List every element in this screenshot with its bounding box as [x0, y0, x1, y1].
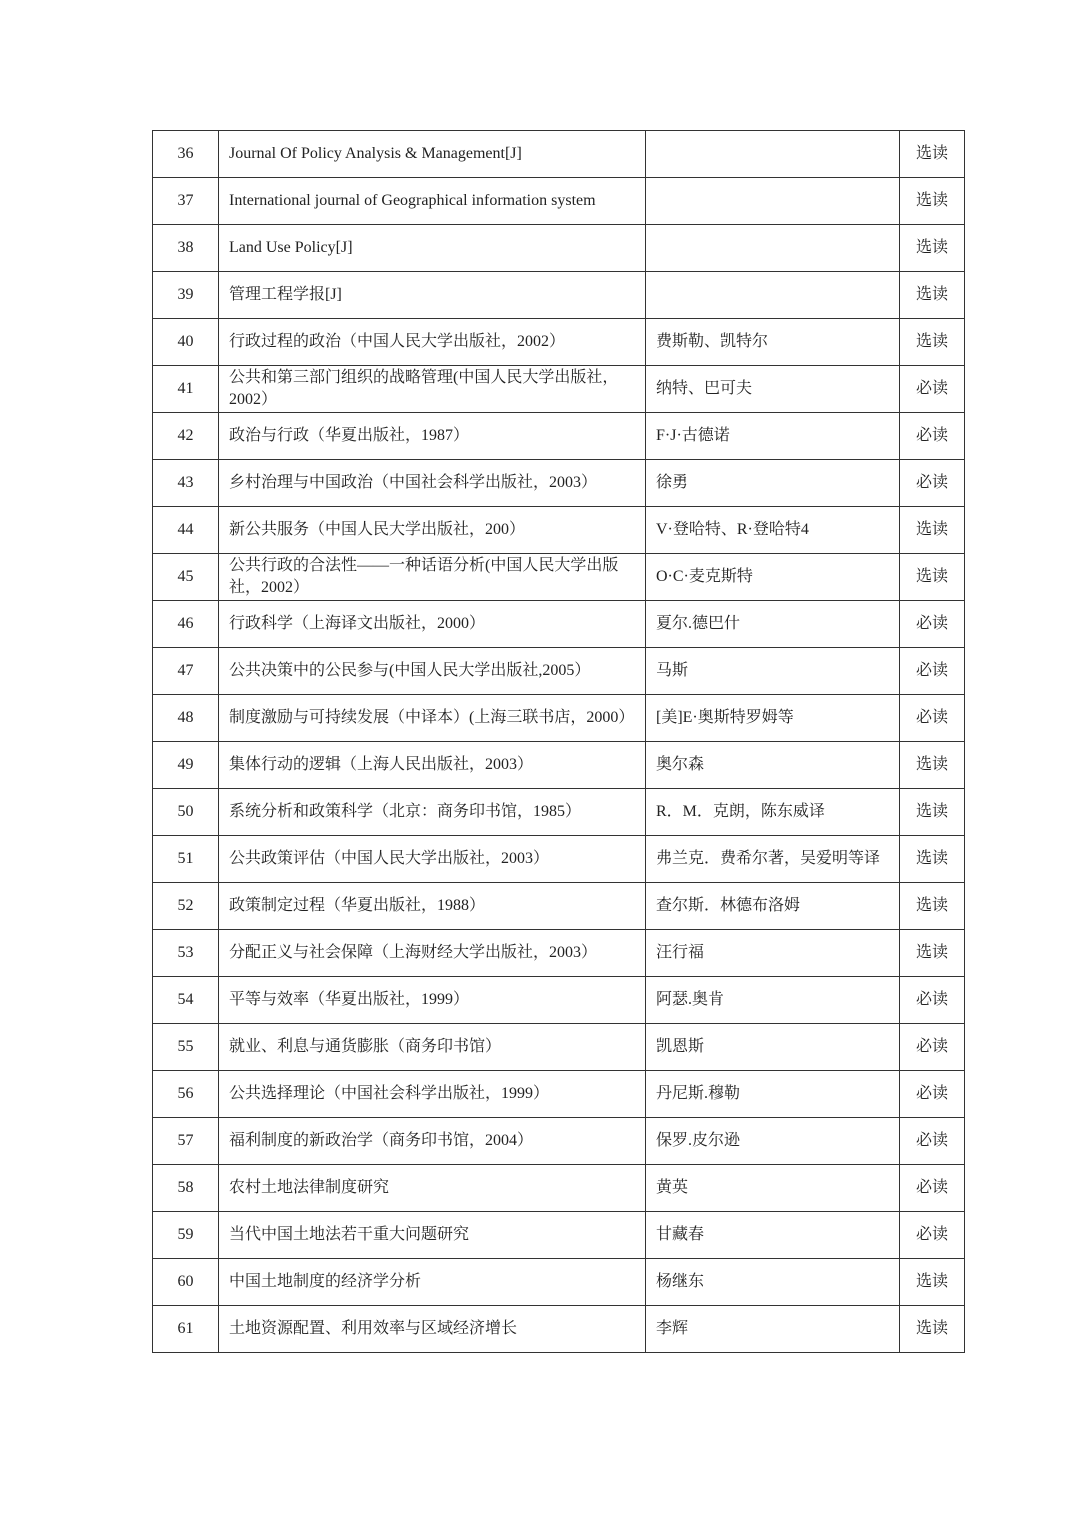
reading-type-cell: 选读 [900, 1259, 965, 1306]
table-row: 37International journal of Geographical … [153, 178, 965, 225]
book-title-cell: 乡村治理与中国政治（中国社会科学出版社，2003） [219, 460, 646, 507]
row-number-cell: 49 [153, 742, 219, 789]
table-row: 60中国土地制度的经济学分析杨继东选读 [153, 1259, 965, 1306]
reading-type-cell: 选读 [900, 178, 965, 225]
reading-type-cell: 必读 [900, 366, 965, 413]
table-row: 42政治与行政（华夏出版社，1987）F·J·古德诺必读 [153, 413, 965, 460]
row-number-cell: 43 [153, 460, 219, 507]
row-number-cell: 51 [153, 836, 219, 883]
row-number-cell: 40 [153, 319, 219, 366]
book-title-cell: International journal of Geographical in… [219, 178, 646, 225]
author-cell: 阿瑟.奥肯 [646, 977, 900, 1024]
reading-type-cell: 必读 [900, 413, 965, 460]
row-number-cell: 55 [153, 1024, 219, 1071]
row-number-cell: 37 [153, 178, 219, 225]
book-title-cell: 公共和第三部门组织的战略管理(中国人民大学出版社，2002） [219, 366, 646, 413]
table-row: 43乡村治理与中国政治（中国社会科学出版社，2003）徐勇必读 [153, 460, 965, 507]
reading-type-cell: 选读 [900, 507, 965, 554]
book-title-cell: 土地资源配置、利用效率与区域经济增长 [219, 1306, 646, 1353]
row-number-cell: 58 [153, 1165, 219, 1212]
table-row: 53分配正义与社会保障（上海财经大学出版社，2003）汪行福选读 [153, 930, 965, 977]
reading-type-cell: 选读 [900, 131, 965, 178]
row-number-cell: 60 [153, 1259, 219, 1306]
author-cell [646, 131, 900, 178]
book-title-cell: 公共决策中的公民参与(中国人民大学出版社,2005） [219, 648, 646, 695]
table-row: 38Land Use Policy[J]选读 [153, 225, 965, 272]
author-cell: 徐勇 [646, 460, 900, 507]
author-cell: V·登哈特、R·登哈特4 [646, 507, 900, 554]
author-cell: O·C·麦克斯特 [646, 554, 900, 601]
reading-type-cell: 选读 [900, 789, 965, 836]
table-row: 58农村土地法律制度研究黄英必读 [153, 1165, 965, 1212]
table-row: 39管理工程学报[J]选读 [153, 272, 965, 319]
author-cell: 丹尼斯.穆勒 [646, 1071, 900, 1118]
table-row: 41公共和第三部门组织的战略管理(中国人民大学出版社，2002）纳特、巴可夫必读 [153, 366, 965, 413]
book-title-cell: 当代中国土地法若干重大问题研究 [219, 1212, 646, 1259]
reading-type-cell: 必读 [900, 1071, 965, 1118]
author-cell [646, 272, 900, 319]
book-title-cell: 集体行动的逻辑（上海人民出版社，2003） [219, 742, 646, 789]
table-row: 56公共选择理论（中国社会科学出版社，1999）丹尼斯.穆勒必读 [153, 1071, 965, 1118]
author-cell [646, 225, 900, 272]
reading-type-cell: 选读 [900, 272, 965, 319]
reading-type-cell: 选读 [900, 319, 965, 366]
row-number-cell: 47 [153, 648, 219, 695]
author-cell: 凯恩斯 [646, 1024, 900, 1071]
table-row: 49集体行动的逻辑（上海人民出版社，2003）奥尔森选读 [153, 742, 965, 789]
reading-list-body: 36Journal Of Policy Analysis & Managemen… [153, 131, 965, 1353]
table-row: 45公共行政的合法性——一种话语分析(中国人民大学出版社，2002）O·C·麦克… [153, 554, 965, 601]
table-row: 54平等与效率（华夏出版社，1999）阿瑟.奥肯必读 [153, 977, 965, 1024]
author-cell: 李辉 [646, 1306, 900, 1353]
book-title-cell: 平等与效率（华夏出版社，1999） [219, 977, 646, 1024]
author-cell: F·J·古德诺 [646, 413, 900, 460]
book-title-cell: 新公共服务（中国人民大学出版社，200） [219, 507, 646, 554]
row-number-cell: 50 [153, 789, 219, 836]
reading-type-cell: 必读 [900, 648, 965, 695]
table-row: 51公共政策评估（中国人民大学出版社，2003）弗兰克．费希尔著，吴爱明等译选读 [153, 836, 965, 883]
table-row: 61土地资源配置、利用效率与区域经济增长李辉选读 [153, 1306, 965, 1353]
book-title-cell: 公共行政的合法性——一种话语分析(中国人民大学出版社，2002） [219, 554, 646, 601]
reading-type-cell: 必读 [900, 695, 965, 742]
table-row: 46行政科学（上海译文出版社，2000）夏尔.德巴什必读 [153, 601, 965, 648]
book-title-cell: Journal Of Policy Analysis & Management[… [219, 131, 646, 178]
reading-type-cell: 选读 [900, 225, 965, 272]
reading-type-cell: 选读 [900, 930, 965, 977]
book-title-cell: 中国土地制度的经济学分析 [219, 1259, 646, 1306]
author-cell: 保罗.皮尔逊 [646, 1118, 900, 1165]
reading-type-cell: 选读 [900, 883, 965, 930]
author-cell: 查尔斯．林德布洛姆 [646, 883, 900, 930]
table-row: 44新公共服务（中国人民大学出版社，200）V·登哈特、R·登哈特4选读 [153, 507, 965, 554]
book-title-cell: 分配正义与社会保障（上海财经大学出版社，2003） [219, 930, 646, 977]
row-number-cell: 44 [153, 507, 219, 554]
reading-type-cell: 必读 [900, 601, 965, 648]
reading-type-cell: 选读 [900, 554, 965, 601]
author-cell: 汪行福 [646, 930, 900, 977]
author-cell: 黄英 [646, 1165, 900, 1212]
table-row: 47公共决策中的公民参与(中国人民大学出版社,2005）马斯必读 [153, 648, 965, 695]
table-row: 52政策制定过程（华夏出版社，1988）查尔斯．林德布洛姆选读 [153, 883, 965, 930]
row-number-cell: 38 [153, 225, 219, 272]
author-cell: 夏尔.德巴什 [646, 601, 900, 648]
table-row: 40行政过程的政治（中国人民大学出版社，2002）费斯勒、凯特尔选读 [153, 319, 965, 366]
reading-list-table: 36Journal Of Policy Analysis & Managemen… [152, 130, 965, 1353]
row-number-cell: 48 [153, 695, 219, 742]
reading-type-cell: 必读 [900, 460, 965, 507]
table-row: 57福利制度的新政治学（商务印书馆，2004）保罗.皮尔逊必读 [153, 1118, 965, 1165]
table-row: 59当代中国土地法若干重大问题研究甘藏春必读 [153, 1212, 965, 1259]
author-cell: 弗兰克．费希尔著，吴爱明等译 [646, 836, 900, 883]
book-title-cell: 公共政策评估（中国人民大学出版社，2003） [219, 836, 646, 883]
table-row: 36Journal Of Policy Analysis & Managemen… [153, 131, 965, 178]
author-cell: 甘藏春 [646, 1212, 900, 1259]
reading-type-cell: 选读 [900, 742, 965, 789]
author-cell: [美]E·奥斯特罗姆等 [646, 695, 900, 742]
book-title-cell: 农村土地法律制度研究 [219, 1165, 646, 1212]
reading-type-cell: 必读 [900, 1024, 965, 1071]
table-row: 55就业、利息与通货膨胀（商务印书馆）凯恩斯必读 [153, 1024, 965, 1071]
author-cell: R．M．克朗，陈东威译 [646, 789, 900, 836]
row-number-cell: 56 [153, 1071, 219, 1118]
row-number-cell: 61 [153, 1306, 219, 1353]
book-title-cell: 政治与行政（华夏出版社，1987） [219, 413, 646, 460]
book-title-cell: 系统分析和政策科学（北京：商务印书馆，1985） [219, 789, 646, 836]
book-title-cell: 行政过程的政治（中国人民大学出版社，2002） [219, 319, 646, 366]
row-number-cell: 41 [153, 366, 219, 413]
row-number-cell: 45 [153, 554, 219, 601]
reading-type-cell: 必读 [900, 1165, 965, 1212]
book-title-cell: 制度激励与可持续发展（中译本）(上海三联书店，2000） [219, 695, 646, 742]
reading-type-cell: 选读 [900, 836, 965, 883]
document-page: 36Journal Of Policy Analysis & Managemen… [0, 0, 1074, 1520]
table-row: 48制度激励与可持续发展（中译本）(上海三联书店，2000）[美]E·奥斯特罗姆… [153, 695, 965, 742]
row-number-cell: 57 [153, 1118, 219, 1165]
reading-type-cell: 必读 [900, 1118, 965, 1165]
book-title-cell: 就业、利息与通货膨胀（商务印书馆） [219, 1024, 646, 1071]
row-number-cell: 54 [153, 977, 219, 1024]
book-title-cell: Land Use Policy[J] [219, 225, 646, 272]
reading-type-cell: 必读 [900, 1212, 965, 1259]
book-title-cell: 福利制度的新政治学（商务印书馆，2004） [219, 1118, 646, 1165]
reading-type-cell: 选读 [900, 1306, 965, 1353]
row-number-cell: 39 [153, 272, 219, 319]
table-row: 50系统分析和政策科学（北京：商务印书馆，1985）R．M．克朗，陈东威译选读 [153, 789, 965, 836]
book-title-cell: 管理工程学报[J] [219, 272, 646, 319]
reading-type-cell: 必读 [900, 977, 965, 1024]
row-number-cell: 52 [153, 883, 219, 930]
row-number-cell: 42 [153, 413, 219, 460]
author-cell: 杨继东 [646, 1259, 900, 1306]
row-number-cell: 59 [153, 1212, 219, 1259]
author-cell: 费斯勒、凯特尔 [646, 319, 900, 366]
author-cell [646, 178, 900, 225]
author-cell: 奥尔森 [646, 742, 900, 789]
row-number-cell: 46 [153, 601, 219, 648]
book-title-cell: 公共选择理论（中国社会科学出版社，1999） [219, 1071, 646, 1118]
book-title-cell: 行政科学（上海译文出版社，2000） [219, 601, 646, 648]
book-title-cell: 政策制定过程（华夏出版社，1988） [219, 883, 646, 930]
author-cell: 马斯 [646, 648, 900, 695]
row-number-cell: 36 [153, 131, 219, 178]
author-cell: 纳特、巴可夫 [646, 366, 900, 413]
row-number-cell: 53 [153, 930, 219, 977]
